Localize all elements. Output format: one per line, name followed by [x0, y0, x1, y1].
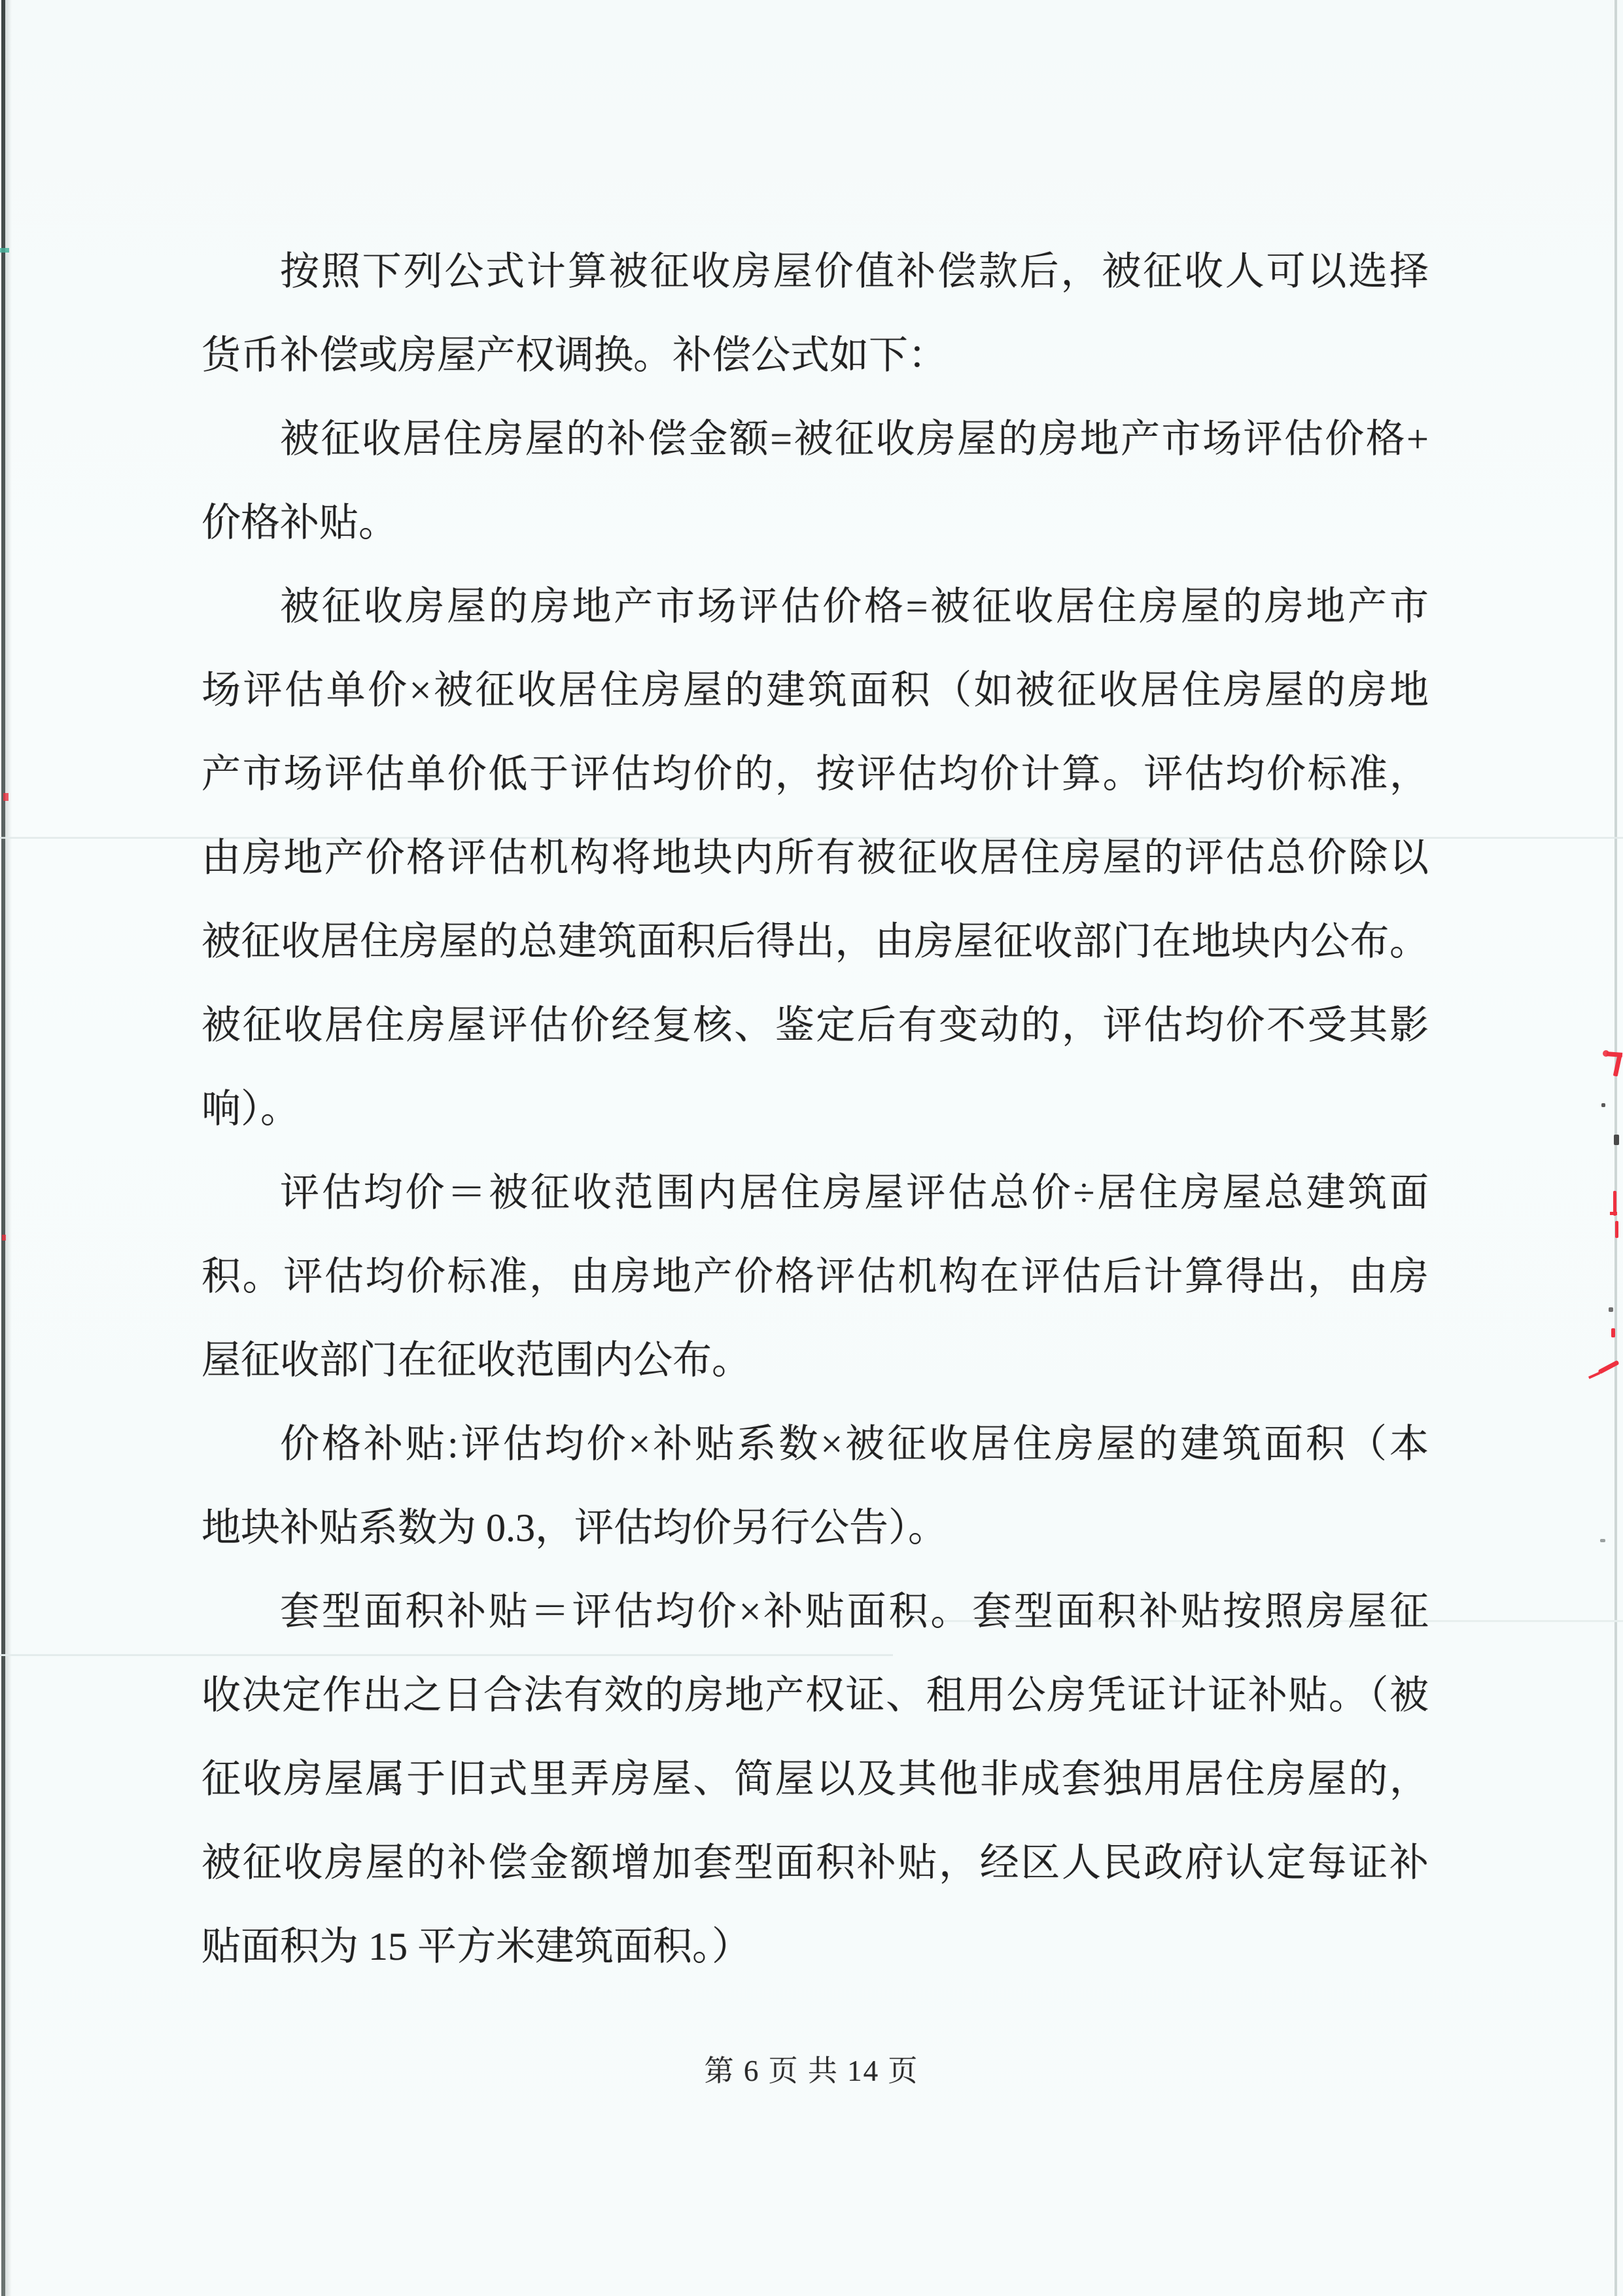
document-line: 由房地产价格评估机构将地块内所有被征收居住房屋的评估总价除以: [201, 816, 1429, 900]
document-line: 被征收居住房屋评估价经复核、鉴定后有变动的，评估均价不受其影: [201, 983, 1429, 1067]
document-line: 套型面积补贴＝评估均价×补贴面积。套型面积补贴按照房屋征: [201, 1570, 1429, 1653]
red-ink-mark: [1588, 1372, 1600, 1379]
scanned-document-page: 按照下列公式计算被征收房屋价值补偿款后，被征收人可以选择 货币补偿或房屋产权调换…: [0, 0, 1623, 2296]
document-line: 地块补贴系数为 0.3，评估均价另行公告）。: [201, 1486, 1429, 1570]
red-ink-mark: [3, 793, 9, 801]
red-ink-mark: [2, 1235, 6, 1241]
scan-right-edge-line: [1614, 0, 1617, 2296]
document-line: 价格补贴:评估均价×补贴系数×被征收居住房屋的建筑面积（本: [201, 1402, 1429, 1486]
red-ink-mark: [1615, 1221, 1618, 1238]
ink-speck: [1601, 1103, 1605, 1107]
page-number: 第 6 页 共 14 页: [0, 2051, 1623, 2091]
document-line: 价格补贴。: [201, 481, 1429, 565]
document-line: 被征收房屋的补偿金额增加套型面积补贴，经区人民政府认定每证补: [201, 1821, 1429, 1905]
document-line: 响）。: [201, 1067, 1429, 1151]
document-line: 贴面积为 15 平方米建筑面积。）: [201, 1905, 1429, 1988]
ink-speck: [1600, 1539, 1605, 1542]
document-line: 产市场评估单价低于评估均价的，按评估均价计算。评估均价标准，: [201, 732, 1429, 816]
document-line: 被征收居住房屋的补偿金额=被征收房屋的房地产市场评估价格+: [201, 397, 1429, 481]
ink-speck: [1614, 1135, 1619, 1145]
scan-left-edge-shadow: [5, 0, 12, 2296]
document-line: 屋征收部门在征收范围内公布。: [201, 1318, 1429, 1402]
document-body-text: 按照下列公式计算被征收房屋价值补偿款后，被征收人可以选择 货币补偿或房屋产权调换…: [201, 230, 1429, 1988]
ink-speck: [1609, 1307, 1613, 1312]
document-line: 收决定作出之日合法有效的房地产权证、租用公房凭证计证补贴。（被: [201, 1653, 1429, 1737]
red-ink-mark: [1610, 1212, 1617, 1215]
red-ink-mark: [1611, 1328, 1615, 1337]
scan-artifact-tick: [0, 248, 9, 253]
document-line: 按照下列公式计算被征收房屋价值补偿款后，被征收人可以选择: [201, 230, 1429, 313]
document-line: 评估均价＝被征收范围内居住房屋评估总价÷居住房屋总建筑面: [201, 1151, 1429, 1235]
document-line: 被征收居住房屋的总建筑面积后得出，由房屋征收部门在地块内公布。: [201, 900, 1429, 983]
document-line: 积。评估均价标准，由房地产价格评估机构在评估后计算得出，由房: [201, 1235, 1429, 1318]
document-line: 货币补偿或房屋产权调换。补偿公式如下：: [201, 313, 1429, 397]
document-line: 被征收房屋的房地产市场评估价格=被征收居住房屋的房地产市: [201, 565, 1429, 648]
document-line: 征收房屋属于旧式里弄房屋、简屋以及其他非成套独用居住房屋的，: [201, 1737, 1429, 1821]
document-line: 场评估单价×被征收居住房屋的建筑面积（如被征收居住房屋的房地: [201, 648, 1429, 732]
